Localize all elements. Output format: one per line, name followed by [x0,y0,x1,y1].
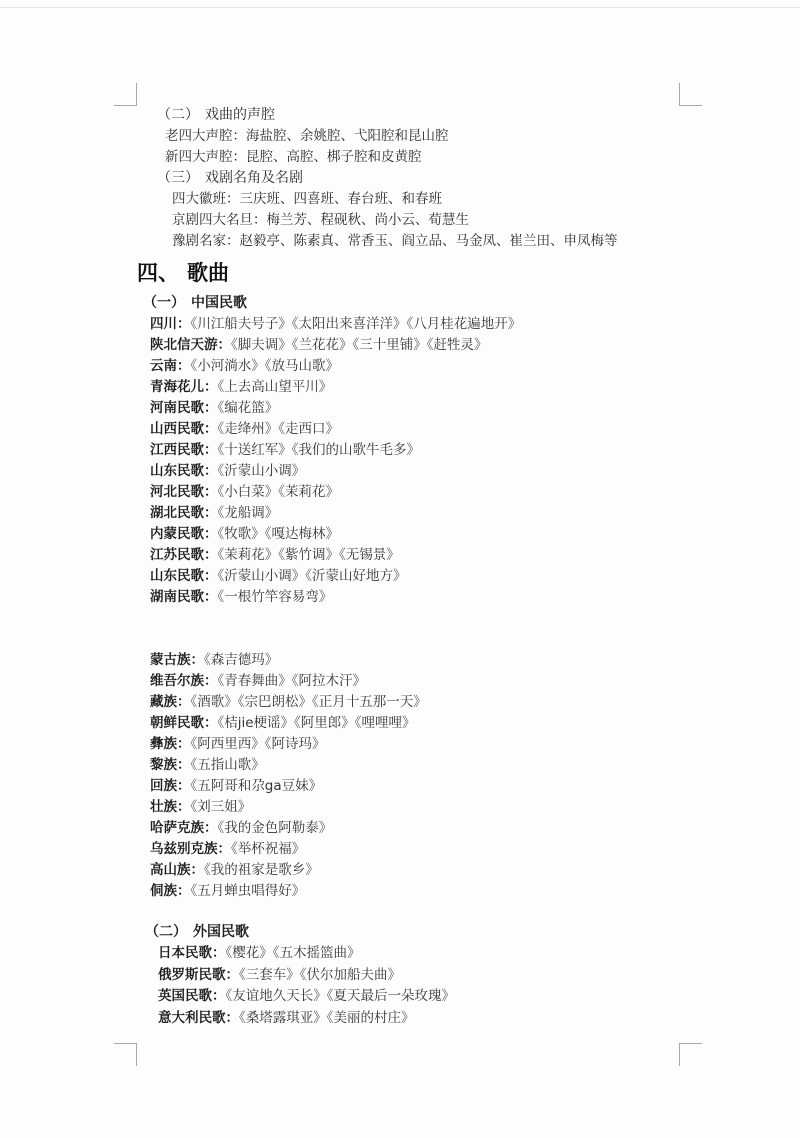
row-label: 黎族： [150,757,191,773]
row-value: 《桑塔露琪亚》《美丽的村庄》 [239,1010,415,1026]
section-heading-opera-stars: （三）戏剧名角及名剧 [157,169,303,187]
row-label: 湖南民歌： [150,589,218,605]
row-label: 壮族： [150,799,191,815]
page-corner-mark-bottom-right [679,1043,702,1066]
list-item: 四川：《川江船夫号子》《太阳出来喜洋洋》《八月桂花遍地开》 [150,315,521,333]
row-label: 英国民歌： [158,988,226,1004]
row-value: 《小白菜》《茉莉花》 [218,484,340,500]
row-label: 江西民歌： [150,442,218,458]
row-label: 山西民歌： [150,421,218,437]
row-value: 《酒歌》《宗巴朗松》《正月十五那一天》 [191,694,427,710]
list-item: 侗族：《五月蝉虫唱得好》 [150,882,305,900]
row-value: 《沂蒙山小调》《沂蒙山好地方》 [218,568,407,584]
row-value: 《我的祖家是歌乡》 [204,862,319,878]
top-rule [0,7,800,8]
row-label: 山东民歌： [150,463,218,479]
row-label: 新四大声腔： [165,149,246,165]
section-number: （三） [157,169,205,187]
list-item: 回族：《五阿哥和尕ga豆妹》 [150,777,322,795]
row-value: 《小河淌水》《放马山歌》 [191,358,340,374]
row-value: 《走绛州》《走西口》 [218,421,340,437]
row-value: 《森吉德玛》 [204,652,278,668]
row-value: 梅兰芳、程砚秋、尚小云、荀慧生 [267,212,470,228]
chapter-number: 四、 [137,260,187,286]
list-item: 壮族：《刘三姐》 [150,798,251,816]
row-label: 朝鲜民歌： [150,715,218,731]
row-value: 《上去高山望平川》 [218,379,333,395]
list-item: 蒙古族：《森吉德玛》 [150,651,278,669]
list-item: 河南民歌：《编花篮》 [150,399,278,417]
row-value: 《脚夫调》《兰花花》《三十里铺》《赶牲灵》 [231,337,488,353]
list-item: 湖北民歌：《龙船调》 [150,504,278,522]
list-item: 俄罗斯民歌：《三套车》《伏尔加船夫曲》 [158,966,401,984]
list-item: 黎族：《五指山歌》 [150,756,265,774]
row-label: 日本民歌： [158,945,226,961]
section-title: 中国民歌 [191,295,247,311]
list-item: 维吾尔族：《青春舞曲》《阿拉木汗》 [150,672,366,690]
list-item: 老四大声腔：海盐腔、余姚腔、弋阳腔和昆山腔 [165,127,449,145]
row-value: 《编花篮》 [218,400,279,416]
row-label: 京剧四大名旦： [172,212,267,228]
row-label: 河北民歌： [150,484,218,500]
section-heading-opera-vocal: （二）戏曲的声腔 [157,106,275,124]
list-item: 云南：《小河淌水》《放马山歌》 [150,357,339,375]
row-value: 《五月蝉虫唱得好》 [191,883,306,899]
row-value: 赵毅亭、陈素真、常香玉、阎立品、马金凤、崔兰田、申凤梅等 [240,233,618,249]
list-item: 江西民歌：《十送红军》《我们的山歌牛毛多》 [150,441,420,459]
row-value: 《五阿哥和尕ga豆妹》 [191,778,323,794]
list-item: 日本民歌：《樱花》《五木摇篮曲》 [158,944,361,962]
list-item: 山东民歌：《沂蒙山小调》《沂蒙山好地方》 [150,567,407,585]
row-label: 四川： [150,316,191,332]
row-value: 《友谊地久天长》《夏天最后一朵玫瑰》 [226,988,456,1004]
list-item: 江苏民歌：《茉莉花》《紫竹调》《无锡景》 [150,546,400,564]
row-value: 《青春舞曲》《阿拉木汗》 [218,673,367,689]
row-label: 山东民歌： [150,568,218,584]
row-label: 俄罗斯民歌： [158,967,239,983]
row-label: 意大利民歌： [158,1010,239,1026]
row-label: 蒙古族： [150,652,204,668]
row-label: 内蒙民歌： [150,526,218,542]
list-item: 豫剧名家：赵毅亭、陈素真、常香玉、阎立品、马金凤、崔兰田、申凤梅等 [172,232,618,250]
list-item: 湖南民歌：《一根竹竿容易弯》 [150,588,332,606]
list-item: 内蒙民歌：《牧歌》《嘎达梅林》 [150,525,339,543]
list-item: 藏族：《酒歌》《宗巴朗松》《正月十五那一天》 [150,693,427,711]
row-value: 《茉莉花》《紫竹调》《无锡景》 [218,547,400,563]
row-label: 老四大声腔： [165,128,246,144]
page-corner-mark-top-left [114,83,137,106]
list-item: 山西民歌：《走绛州》《走西口》 [150,420,339,438]
row-value: 《桔jie梗谣》《阿里郎》《哩哩哩》 [218,715,416,731]
row-label: 青海花儿： [150,379,218,395]
row-value: 《举杯祝福》 [231,841,305,857]
row-value: 《沂蒙山小调》 [218,463,306,479]
row-label: 藏族： [150,694,191,710]
list-item: 四大徽班：三庆班、四喜班、春台班、和春班 [172,190,442,208]
row-label: 侗族： [150,883,191,899]
page-corner-mark-top-right [679,83,702,106]
row-value: 《阿西里西》《阿诗玛》 [191,736,326,752]
section-title: 戏剧名角及名剧 [205,170,303,186]
row-value: 《刘三姐》 [191,799,252,815]
row-value: 《十送红军》《我们的山歌牛毛多》 [218,442,421,458]
list-item: 青海花儿：《上去高山望平川》 [150,378,332,396]
list-item: 乌兹别克族：《举杯祝福》 [150,840,305,858]
row-value: 昆腔、高腔、梆子腔和皮黄腔 [246,149,422,165]
row-label: 豫剧名家： [172,233,240,249]
row-label: 云南： [150,358,191,374]
row-value: 《我的金色阿勒泰》 [218,820,333,836]
list-item: 陕北信天游：《脚夫调》《兰花花》《三十里铺》《赶牲灵》 [150,336,488,354]
row-label: 四大徽班： [172,191,240,207]
row-value: 《樱花》《五木摇篮曲》 [226,945,361,961]
section-heading-chinese-folk: （一）中国民歌 [143,294,247,312]
list-item: 新四大声腔：昆腔、高腔、梆子腔和皮黄腔 [165,148,422,166]
chapter-heading-songs: 四、歌曲 [137,260,229,286]
row-value: 《龙船调》 [218,505,279,521]
row-label: 河南民歌： [150,400,218,416]
list-item: 英国民歌：《友谊地久天长》《夏天最后一朵玫瑰》 [158,987,455,1005]
row-label: 陕北信天游： [150,337,231,353]
row-value: 三庆班、四喜班、春台班、和春班 [240,191,443,207]
row-label: 湖北民歌： [150,505,218,521]
row-value: 《一根竹竿容易弯》 [218,589,333,605]
row-label: 哈萨克族： [150,820,218,836]
section-title: 外国民歌 [193,924,249,940]
section-heading-foreign-folk: （二）外国民歌 [145,923,249,941]
section-number: （二） [157,106,205,124]
list-item: 朝鲜民歌：《桔jie梗谣》《阿里郎》《哩哩哩》 [150,714,416,732]
list-item: 山东民歌：《沂蒙山小调》 [150,462,305,480]
row-label: 江苏民歌： [150,547,218,563]
list-item: 京剧四大名旦：梅兰芳、程砚秋、尚小云、荀慧生 [172,211,469,229]
row-label: 回族： [150,778,191,794]
section-number: （二） [145,923,193,941]
list-item: 彝族：《阿西里西》《阿诗玛》 [150,735,326,753]
list-item: 河北民歌：《小白菜》《茉莉花》 [150,483,339,501]
chapter-title: 歌曲 [187,261,229,285]
list-item: 哈萨克族：《我的金色阿勒泰》 [150,819,332,837]
row-label: 乌兹别克族： [150,841,231,857]
row-label: 高山族： [150,862,204,878]
section-number: （一） [143,294,191,312]
row-value: 海盐腔、余姚腔、弋阳腔和昆山腔 [246,128,449,144]
list-item: 意大利民歌：《桑塔露琪亚》《美丽的村庄》 [158,1009,415,1027]
row-value: 《川江船夫号子》《太阳出来喜洋洋》《八月桂花遍地开》 [191,316,522,332]
row-value: 《三套车》《伏尔加船夫曲》 [239,967,401,983]
row-value: 《牧歌》《嘎达梅林》 [218,526,340,542]
row-value: 《五指山歌》 [191,757,265,773]
row-label: 彝族： [150,736,191,752]
page-corner-mark-bottom-left [114,1043,137,1066]
row-label: 维吾尔族： [150,673,218,689]
section-title: 戏曲的声腔 [205,107,275,123]
list-item: 高山族：《我的祖家是歌乡》 [150,861,319,879]
